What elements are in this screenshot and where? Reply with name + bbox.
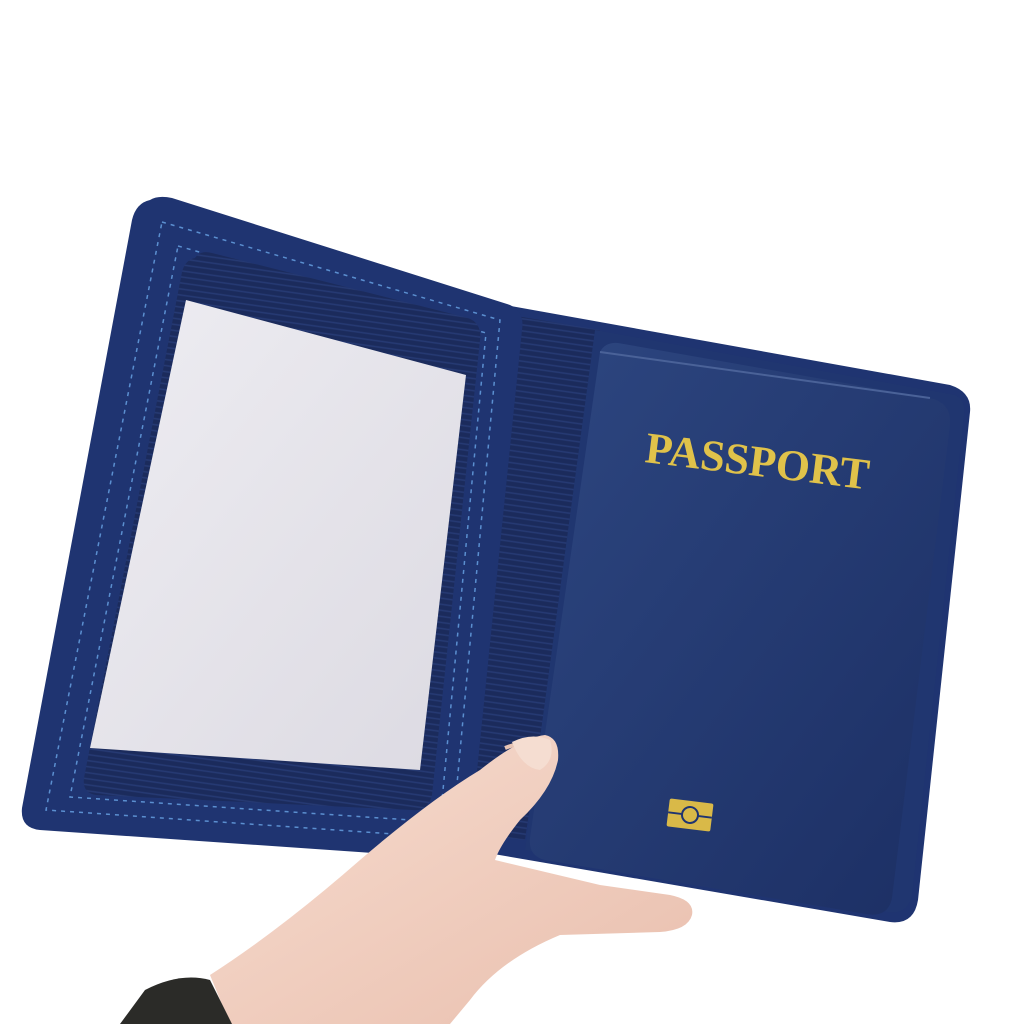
passport-booklet bbox=[530, 343, 950, 915]
product-photo: PASSPORT bbox=[0, 0, 1024, 1024]
e-passport-chip-icon bbox=[666, 798, 713, 831]
